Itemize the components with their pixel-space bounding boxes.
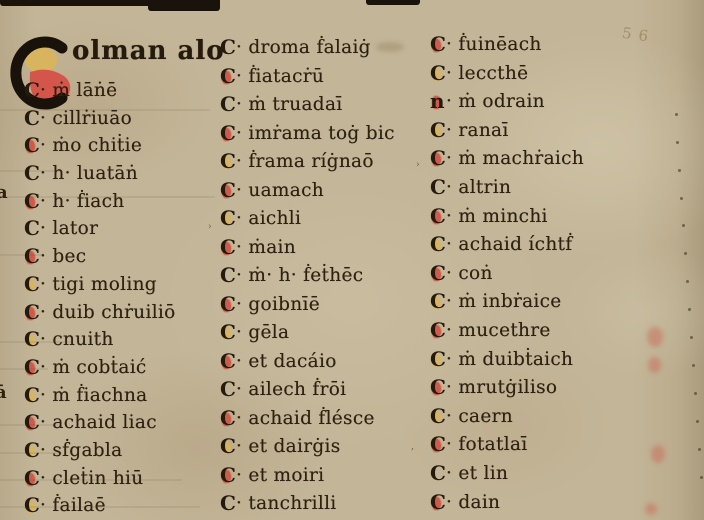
entry-initial: C <box>220 492 234 514</box>
entry-initial: C <box>430 33 444 55</box>
entry-text: · et lin <box>444 462 508 485</box>
pricking-hole <box>680 197 683 200</box>
initial-letter: C <box>24 438 40 462</box>
initial-letter: C <box>430 118 446 142</box>
initial-letter: C <box>220 292 236 316</box>
manuscript-entry: C· et dacáio <box>220 350 395 379</box>
red-pigment-smudge <box>645 503 657 515</box>
manuscript-entry: C· ṁ truadaī <box>220 93 395 122</box>
entry-initial: C <box>24 301 38 323</box>
entry-text: · fotatlaī <box>444 433 528 456</box>
initial-letter: C <box>24 466 40 490</box>
entry-text: · aichli <box>234 207 301 230</box>
entry-text: · et dacáio <box>234 350 337 373</box>
page-edge-dark-strip <box>148 0 220 11</box>
entry-initial: C <box>430 62 444 84</box>
entry-text: · ṁ truadaī <box>234 93 343 116</box>
entry-initial: C <box>220 179 234 201</box>
manuscript-entry: C· dain <box>430 491 584 520</box>
manuscript-entry: C· h· ḟiach <box>24 190 176 218</box>
entry-initial: C <box>430 376 444 398</box>
manuscript-entry: C· ṁ· h· ḟeṫhēc <box>220 264 395 293</box>
entry-initial: C <box>220 264 234 286</box>
initial-letter: C <box>430 232 446 256</box>
column-3: C· ḟuinēachC· leccthēn· ṁ odrainC· ranaī… <box>430 33 584 519</box>
manuscript-entry: C· ranaī <box>430 119 584 148</box>
initial-letter: C <box>430 375 446 399</box>
entry-text: · ḟuinēach <box>444 33 542 56</box>
entry-initial: C <box>220 407 234 429</box>
entry-text: · achaid liac <box>38 411 157 434</box>
initial-letter: C <box>430 289 446 313</box>
manuscript-entry: C· achaid ḟlésce <box>220 407 395 436</box>
manuscript-entry: C· goibnīē <box>220 293 395 322</box>
initial-letter: C <box>24 383 40 407</box>
entry-text: · ḟiatacṙū <box>234 65 324 88</box>
entry-text: · coṅ <box>444 262 493 285</box>
entry-initial: n <box>430 90 444 112</box>
manuscript-entry: C· duib chṙuiliō <box>24 301 176 329</box>
manuscript-entry: C· bec <box>24 245 176 273</box>
entry-initial: C <box>430 462 444 484</box>
manuscript-entry: C· h· luatāṅ <box>24 162 176 190</box>
entry-initial: C <box>220 293 234 315</box>
manuscript-entry: C· ailech ḟrōi <box>220 378 395 407</box>
entry-initial: C <box>220 36 234 58</box>
entry-text: · mrutġiliso <box>444 376 557 399</box>
entry-text: · et moiri <box>234 464 324 487</box>
entry-text: · ṁ minchi <box>444 205 548 228</box>
entry-text: · imṙama toġ bic <box>234 122 395 145</box>
initial-letter: C <box>24 493 40 517</box>
red-pigment-smudge <box>651 445 665 463</box>
entry-initial: C <box>430 147 444 169</box>
entry-initial: C <box>430 491 444 513</box>
initial-letter: C <box>24 272 40 296</box>
entry-text: · ṁ duibṫaich <box>444 348 573 371</box>
entry-text: · ṁ inbṙaice <box>444 290 562 313</box>
manuscript-entry: C· ḟrama ríġnaō <box>220 150 395 179</box>
entry-initial: C <box>24 162 38 184</box>
pricking-hole <box>678 169 681 172</box>
manuscript-entry: C· coṅ <box>430 262 584 291</box>
initial-letter: C <box>430 204 446 228</box>
entry-text: · ranaī <box>444 119 509 142</box>
entry-text: · droma ḟalaiġ <box>234 36 371 59</box>
pricking-hole <box>688 308 691 311</box>
initial-letter: C <box>24 106 40 130</box>
manuscript-entry: C· ṁ lāṅē <box>24 79 176 107</box>
entry-text: · et dairġis <box>234 435 341 458</box>
initial-letter: C <box>430 318 446 342</box>
entry-initial: C <box>24 494 38 516</box>
entry-initial: C <box>220 350 234 372</box>
manuscript-entry: C· et lin <box>430 462 584 491</box>
column-2: C· droma ḟalaiġC· ḟiatacṙūC· ṁ truadaīC·… <box>220 36 395 520</box>
initial-letter: C <box>220 149 236 173</box>
entry-initial: C <box>24 356 38 378</box>
initial-letter: C <box>24 300 40 324</box>
initial-letter: C <box>430 61 446 85</box>
entry-text: · h· luatāṅ <box>38 162 138 185</box>
entry-initial: C <box>24 190 38 212</box>
manuscript-entry: C· ṁ minchi <box>430 205 584 234</box>
initial-letter: C <box>220 491 236 515</box>
entry-text: · ṁ cobṫaić <box>38 356 147 379</box>
initial-letter: C <box>430 146 446 170</box>
entry-text: · ṁain <box>234 236 296 259</box>
entry-text: · tanchrilli <box>234 492 337 515</box>
pricking-hole <box>684 252 687 255</box>
initial-letter: C <box>430 347 446 371</box>
entry-initial: C <box>430 233 444 255</box>
pricking-hole <box>675 113 678 116</box>
ink-speck: › <box>208 222 212 232</box>
pricking-hole <box>690 336 693 339</box>
manuscript-entry: n· ṁ odrain <box>430 90 584 119</box>
initial-letter: C <box>220 178 236 202</box>
manuscript-entry: C· ṁ ḟiachna <box>24 384 176 412</box>
manuscript-entry: C· tanchrilli <box>220 492 395 520</box>
manuscript-entry: C· ṁain <box>220 236 395 265</box>
initial-letter: C <box>220 349 236 373</box>
manuscript-entry: C· imṙama toġ bic <box>220 122 395 151</box>
manuscript-entry: C· lator <box>24 217 176 245</box>
entry-text: · ṁ ḟiachna <box>38 384 148 407</box>
page-edge-dark-strip <box>366 0 420 5</box>
first-line-text: olman alo <box>72 36 225 66</box>
entry-text: · ṁ· h· ḟeṫhēc <box>234 264 363 287</box>
pricking-hole <box>676 141 679 144</box>
initial-letter: n <box>430 89 445 113</box>
entry-initial: C <box>24 384 38 406</box>
entry-initial: C <box>430 319 444 341</box>
initial-letter: C <box>220 434 236 458</box>
entry-text: · leccthē <box>444 62 528 85</box>
manuscript-entry: C· ḟiatacṙū <box>220 65 395 94</box>
initial-letter: C <box>430 175 446 199</box>
manuscript-entry: C· et dairġis <box>220 435 395 464</box>
manuscript-entry: C· uamach <box>220 179 395 208</box>
manuscript-entry: C· ṁ duibṫaich <box>430 348 584 377</box>
manuscript-entry: C· droma ḟalaiġ <box>220 36 395 65</box>
entry-text: · ṁo chiṫie <box>38 134 142 157</box>
entry-text: · tigi moling <box>38 273 157 296</box>
initial-letter: C <box>24 355 40 379</box>
ink-speck: › <box>416 160 420 170</box>
initial-letter: C <box>24 244 40 268</box>
entry-initial: C <box>220 464 234 486</box>
entry-initial: C <box>24 79 38 101</box>
initial-letter: C <box>220 263 236 287</box>
entry-initial: C <box>220 65 234 87</box>
entry-text: · caern <box>444 405 513 428</box>
pricking-hole <box>686 280 689 283</box>
initial-letter: C <box>220 64 236 88</box>
initial-letter: C <box>220 235 236 259</box>
entry-initial: C <box>220 93 234 115</box>
entry-text: · ṁ odrain <box>444 90 545 113</box>
entry-text: · achaid íchtḟ <box>444 233 572 256</box>
entry-initial: C <box>220 435 234 457</box>
manuscript-entry: C· mucethre <box>430 319 584 348</box>
entry-text: · altrin <box>444 176 511 199</box>
ink-speck: ‚ <box>411 442 414 452</box>
initial-letter: C <box>220 377 236 401</box>
entry-text: · mucethre <box>444 319 551 342</box>
entry-initial: C <box>24 134 38 156</box>
manuscript-entry: C· tigi moling <box>24 273 176 301</box>
entry-initial: C <box>24 328 38 350</box>
entry-initial: C <box>220 236 234 258</box>
entry-text: · duib chṙuiliō <box>38 301 176 324</box>
entry-text: · ṁ machṙaich <box>444 147 584 170</box>
initial-letter: C <box>430 490 446 514</box>
entry-initial: C <box>430 405 444 427</box>
entry-text: · ḟrama ríġnaō <box>234 150 374 173</box>
pricking-hole <box>692 364 695 367</box>
manuscript-entry: C· ṁ machṙaich <box>430 147 584 176</box>
initial-letter: C <box>220 320 236 344</box>
entry-text: · ṁ lāṅē <box>38 79 117 102</box>
entry-initial: C <box>430 348 444 370</box>
entry-text: · sḟgabla <box>38 439 122 462</box>
entry-initial: C <box>24 217 38 239</box>
entry-initial: C <box>220 378 234 400</box>
entry-text: · achaid ḟlésce <box>234 407 375 430</box>
entry-text: · dain <box>444 491 500 514</box>
manuscript-entry: C· altrin <box>430 176 584 205</box>
entry-text: · cnuith <box>38 328 114 351</box>
entry-initial: C <box>24 411 38 433</box>
initial-letter: C <box>24 189 40 213</box>
manuscript-page: olman alo C· ṁ lāṅēC· cillṙiuāoC· ṁo chi… <box>0 0 704 520</box>
red-pigment-smudge <box>647 327 663 347</box>
initial-letter: C <box>24 410 40 434</box>
initial-letter: C <box>220 92 236 116</box>
manuscript-entry: C· aichli <box>220 207 395 236</box>
pricking-hole <box>698 448 701 451</box>
pricking-hole <box>694 392 697 395</box>
manuscript-entry: C· ṁo chiṫie <box>24 134 176 162</box>
initial-letter: C <box>220 406 236 430</box>
manuscript-entry: C· ṁ inbṙaice <box>430 290 584 319</box>
initial-letter: C <box>24 216 40 240</box>
initial-letter: C <box>24 161 40 185</box>
entry-initial: C <box>220 150 234 172</box>
pricking-hole <box>700 476 703 479</box>
initial-letter: C <box>220 206 236 230</box>
left-edge-cut-glyph: a <box>0 182 8 203</box>
entry-initial: C <box>430 262 444 284</box>
entry-text: · ailech ḟrōi <box>234 378 346 401</box>
manuscript-entry: C· caern <box>430 405 584 434</box>
pricking-hole <box>696 420 699 423</box>
entry-text: · uamach <box>234 179 324 202</box>
folio-number: 56 <box>621 24 656 46</box>
entry-text: · h· ḟiach <box>38 190 125 213</box>
entry-initial: C <box>24 439 38 461</box>
left-edge-cut-glyph: ā <box>0 382 7 403</box>
manuscript-entry: C· mrutġiliso <box>430 376 584 405</box>
manuscript-entry: C· ḟuinēach <box>430 33 584 62</box>
entry-initial: C <box>24 273 38 295</box>
entry-initial: C <box>24 467 38 489</box>
entry-text: · gēla <box>234 321 289 344</box>
entry-text: · bec <box>38 245 86 268</box>
initial-letter: C <box>430 461 446 485</box>
manuscript-entry: C· leccthē <box>430 62 584 91</box>
initial-letter: C <box>24 327 40 351</box>
entry-initial: C <box>430 433 444 455</box>
red-pigment-smudge <box>648 357 661 373</box>
initial-letter: C <box>430 404 446 428</box>
entry-initial: C <box>430 119 444 141</box>
initial-letter: C <box>220 463 236 487</box>
entry-text: · goibnīē <box>234 293 320 316</box>
initial-letter: C <box>430 432 446 456</box>
entry-initial: C <box>220 122 234 144</box>
manuscript-entry: C· fotatlaī <box>430 433 584 462</box>
initial-letter: C <box>24 78 40 102</box>
manuscript-entry: C· achaid íchtḟ <box>430 233 584 262</box>
entry-initial: C <box>24 245 38 267</box>
pricking-hole <box>682 224 685 227</box>
initial-letter: C <box>430 261 446 285</box>
initial-letter: C <box>430 32 446 56</box>
manuscript-entry: C· et moiri <box>220 464 395 493</box>
entry-initial: C <box>430 290 444 312</box>
manuscript-entry: C· gēla <box>220 321 395 350</box>
initial-letter: C <box>24 133 40 157</box>
entry-initial: C <box>24 107 38 129</box>
faded-ink-ghost <box>376 42 404 52</box>
page-edge-dark-strip <box>0 0 152 6</box>
entry-initial: C <box>220 321 234 343</box>
entry-initial: C <box>430 205 444 227</box>
entry-initial: C <box>430 176 444 198</box>
initial-letter: C <box>220 35 236 59</box>
initial-letter: C <box>220 121 236 145</box>
entry-initial: C <box>220 207 234 229</box>
entry-text: · lator <box>38 217 98 240</box>
